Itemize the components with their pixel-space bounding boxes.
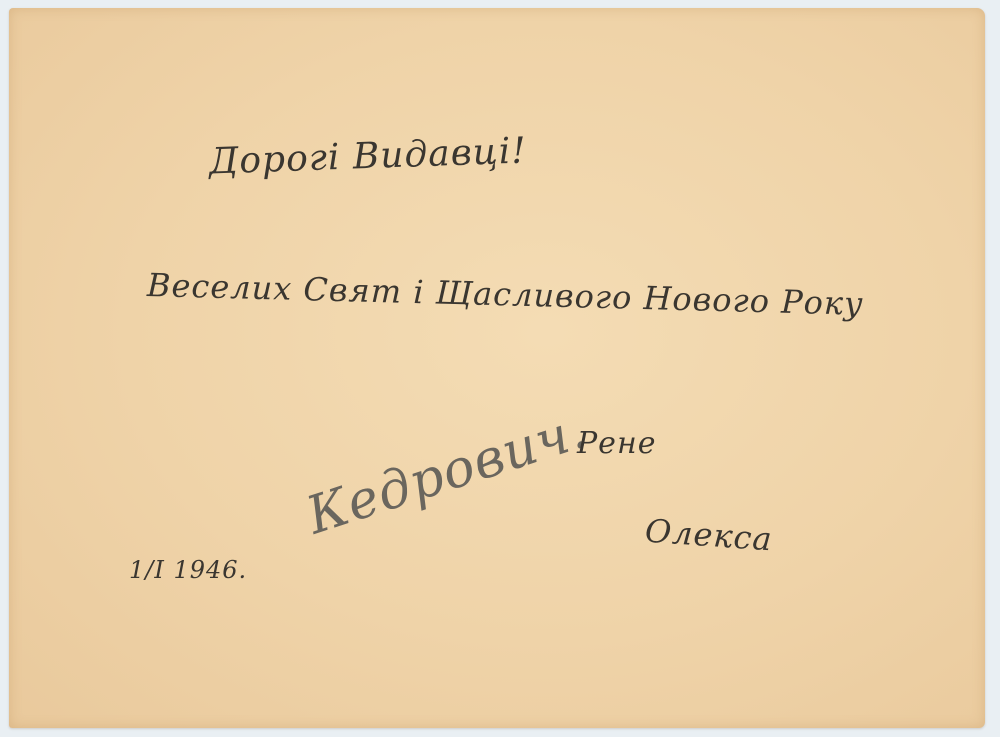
signature-2: Рене — [577, 426, 656, 461]
date-text: 1/I 1946. — [129, 556, 247, 584]
postcard: Дорогі Видавці! Веселих Свят і Щасливого… — [9, 8, 985, 728]
signature-1: Кедрович. — [300, 400, 595, 547]
signature-3: Олекса — [644, 512, 774, 559]
wishes-text: Веселих Свят і Щасливого Нового Року — [147, 266, 865, 323]
greeting-text: Дорогі Видавці! — [208, 130, 527, 182]
